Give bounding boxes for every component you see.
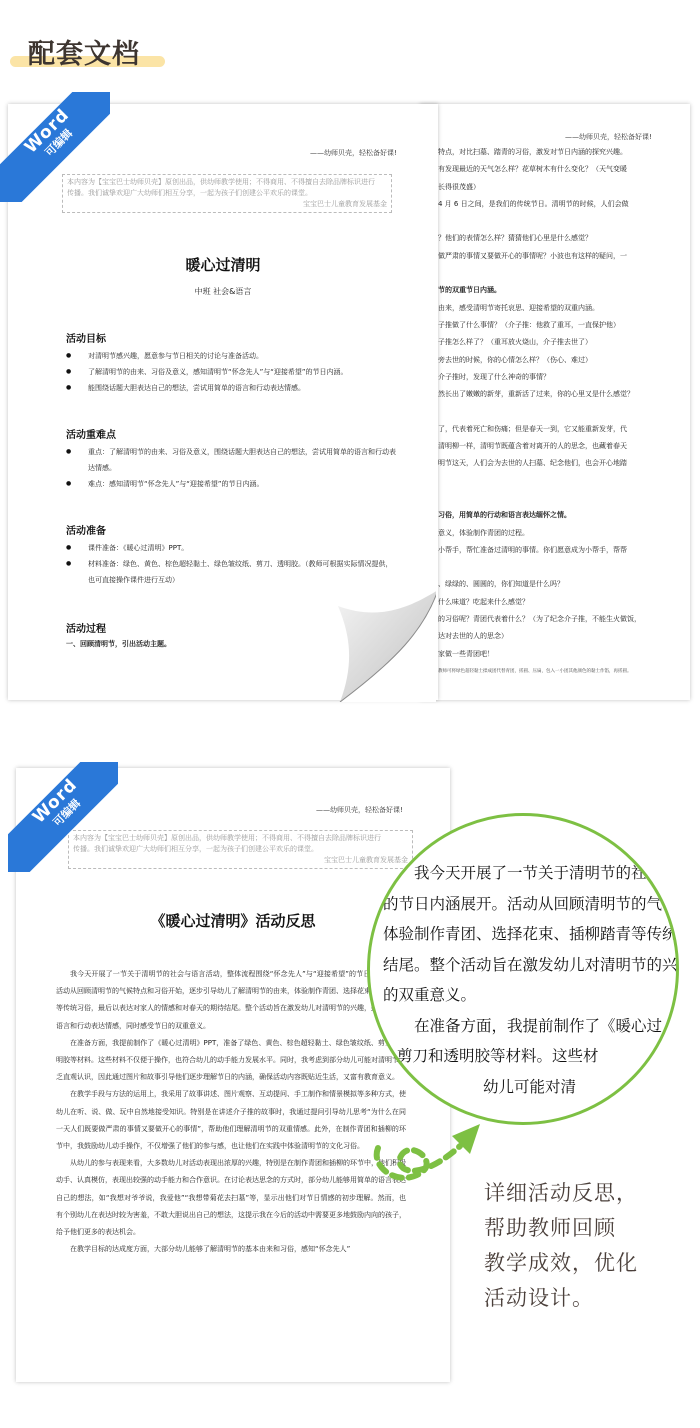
paragraph: 在教学目标的达成度方面，大部分幼儿能够了解清明节的基本由来和习俗，感知“怀念先人… [56,1241,406,1258]
page-2-body: 特点，对比扫墓、踏青的习俗，激发对节日内涵的探究兴趣。 有发现最近的天气怎么样？… [438,144,641,680]
list-item: 对清明节感兴趣，愿意参与节日相关的讨论与准备活动。 [66,348,406,364]
magnifier-circle: 我今天开展了一节关于清明节的社 的节日内涵展开。活动从回顾清明节的气 体验制作青… [367,813,679,1125]
heading-preparation: 活动准备 [66,522,106,537]
footnote: 教师可将绿色超轻黏土揉成团代替青团，搓圆、压扁，包入一小团其他颜色的黏土作馅，再… [438,663,641,680]
process-step-1: 一、回顾清明节，引出活动主题。 [66,636,171,652]
list-item: 重点：了解清明节的由来、习俗及意义，围绕话题大胆表达自己的想法，尝试用简单的语言… [66,444,396,476]
page-curl-icon [336,590,436,702]
paragraph: 在准备方面，我提前制作了《暖心过清明》PPT，准备了绿色、黄色、棕色超轻黏土、绿… [56,1035,406,1087]
feature-caption: 详细活动反思， 帮助教师回顾 教学成效，优化 活动设计。 [484,1176,638,1316]
goals-list: 对清明节感兴趣，愿意参与节日相关的讨论与准备活动。 了解清明节的由来、习俗及意义… [66,348,406,396]
word-editable-ribbon: Word 可编辑 [8,762,118,872]
word-editable-ribbon: Word 可编辑 [0,92,110,202]
page-tagline: ——幼师贝壳，轻松备好课! [316,805,403,815]
page-tagline: ——幼师贝壳，轻松备好课! [310,148,397,158]
list-item: 能围绕话题大胆表达自己的想法，尝试用简单的语言和行动表达情感。 [66,380,406,396]
list-item: 材料准备：绿色、黄色、棕色超轻黏土、绿色皱纹纸、剪刀、透明胶。（教师可根据实际情… [66,556,396,588]
key-points-list: 重点：了解清明节的由来、习俗及意义，围绕话题大胆表达自己的想法，尝试用简单的语言… [66,444,396,492]
document-title: 暖心过清明 [8,254,438,275]
paragraph: 在教学手段与方法的运用上，我采用了故事讲述、图片观察、互动提问、手工制作和情景模… [56,1086,406,1155]
heading-goals: 活动目标 [66,330,106,345]
heading-key-points: 活动重难点 [66,426,116,441]
reflection-body: 我今天开展了一节关于清明节的社会与语言活动，整体流程围绕“怀念先人”与“迎接希望… [56,966,406,1258]
section-header: 配套文档 [10,30,170,70]
word-ribbon-icon: Word 可编辑 [0,92,110,202]
word-ribbon-icon: Word 可编辑 [8,762,118,872]
lesson-plan-page-2: ——幼师贝壳，轻松备好课! 特点，对比扫墓、踏青的习俗，激发对节日内涵的探究兴趣… [420,104,690,700]
copyright-notice: 本内容为【宝宝巴士幼师贝壳】原创出品，供幼师教学使用；不得商用、不得擅自去除品牌… [68,830,413,869]
list-item: 难点：感知清明节“怀念先人”与“迎接希望”的节日内涵。 [66,476,396,492]
section-title: 配套文档 [28,32,140,71]
magnified-text: 我今天开展了一节关于清明节的社 的节日内涵展开。活动从回顾清明节的气 体验制作青… [383,858,679,1102]
list-item: 课件准备：《暖心过清明》PPT。 [66,540,396,556]
list-item: 了解清明节的由来、习俗及意义，感知清明节“怀念先人”与“迎接希望”的节日内涵。 [66,364,406,380]
document-subtitle: 中班 社会&语言 [8,286,438,297]
dashed-curved-arrow-icon [360,1120,490,1200]
page-tagline: ——幼师贝壳，轻松备好课! [565,132,652,142]
paragraph: 我今天开展了一节关于清明节的社会与语言活动，整体流程围绕“怀念先人”与“迎接希望… [56,966,406,1035]
copyright-notice: 本内容为【宝宝巴士幼师贝壳】原创出品，供幼师教学使用；不得商用、不得擅自去除品牌… [62,174,392,213]
heading-process: 活动过程 [66,620,106,635]
preparation-list: 课件准备：《暖心过清明》PPT。 材料准备：绿色、黄色、棕色超轻黏土、绿色皱纹纸… [66,540,396,588]
paragraph: 从幼儿的参与表现来看，大多数幼儿对活动表现出浓厚的兴趣，特别是在制作青团和插柳的… [56,1155,406,1241]
